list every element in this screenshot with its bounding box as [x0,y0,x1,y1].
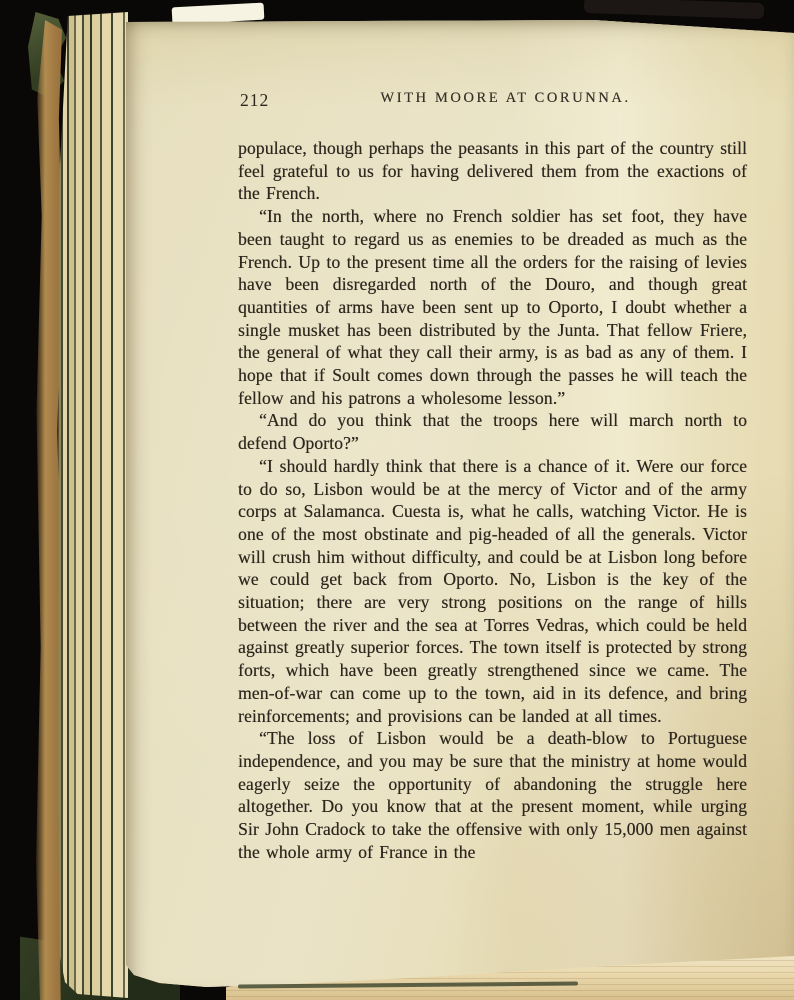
book-page: 212 WITH MOORE AT CORUNNA. populace, tho… [126,18,794,990]
page-edge-stack [58,12,128,998]
torn-spine-strip [36,20,62,1000]
paragraph: “In the north, where no French soldier h… [238,205,747,409]
paragraph: “The loss of Lisbon would be a death-blo… [238,727,747,863]
paragraph: “And do you think that the troops here w… [238,409,747,454]
running-head: WITH MOORE AT CORUNNA. [238,90,747,107]
background-streak [584,0,764,19]
book-photo-scene: 212 WITH MOORE AT CORUNNA. populace, tho… [0,0,794,1000]
paragraph: “I should hardly think that there is a c… [238,455,747,727]
body-text: populace, though perhaps the peasants in… [238,137,747,864]
printed-text-area: 212 WITH MOORE AT CORUNNA. populace, tho… [238,90,747,864]
paragraph: populace, though perhaps the peasants in… [238,137,747,205]
top-page-edge-sliver [172,3,265,25]
page-header: 212 WITH MOORE AT CORUNNA. [238,90,747,112]
page-number: 212 [240,90,269,111]
